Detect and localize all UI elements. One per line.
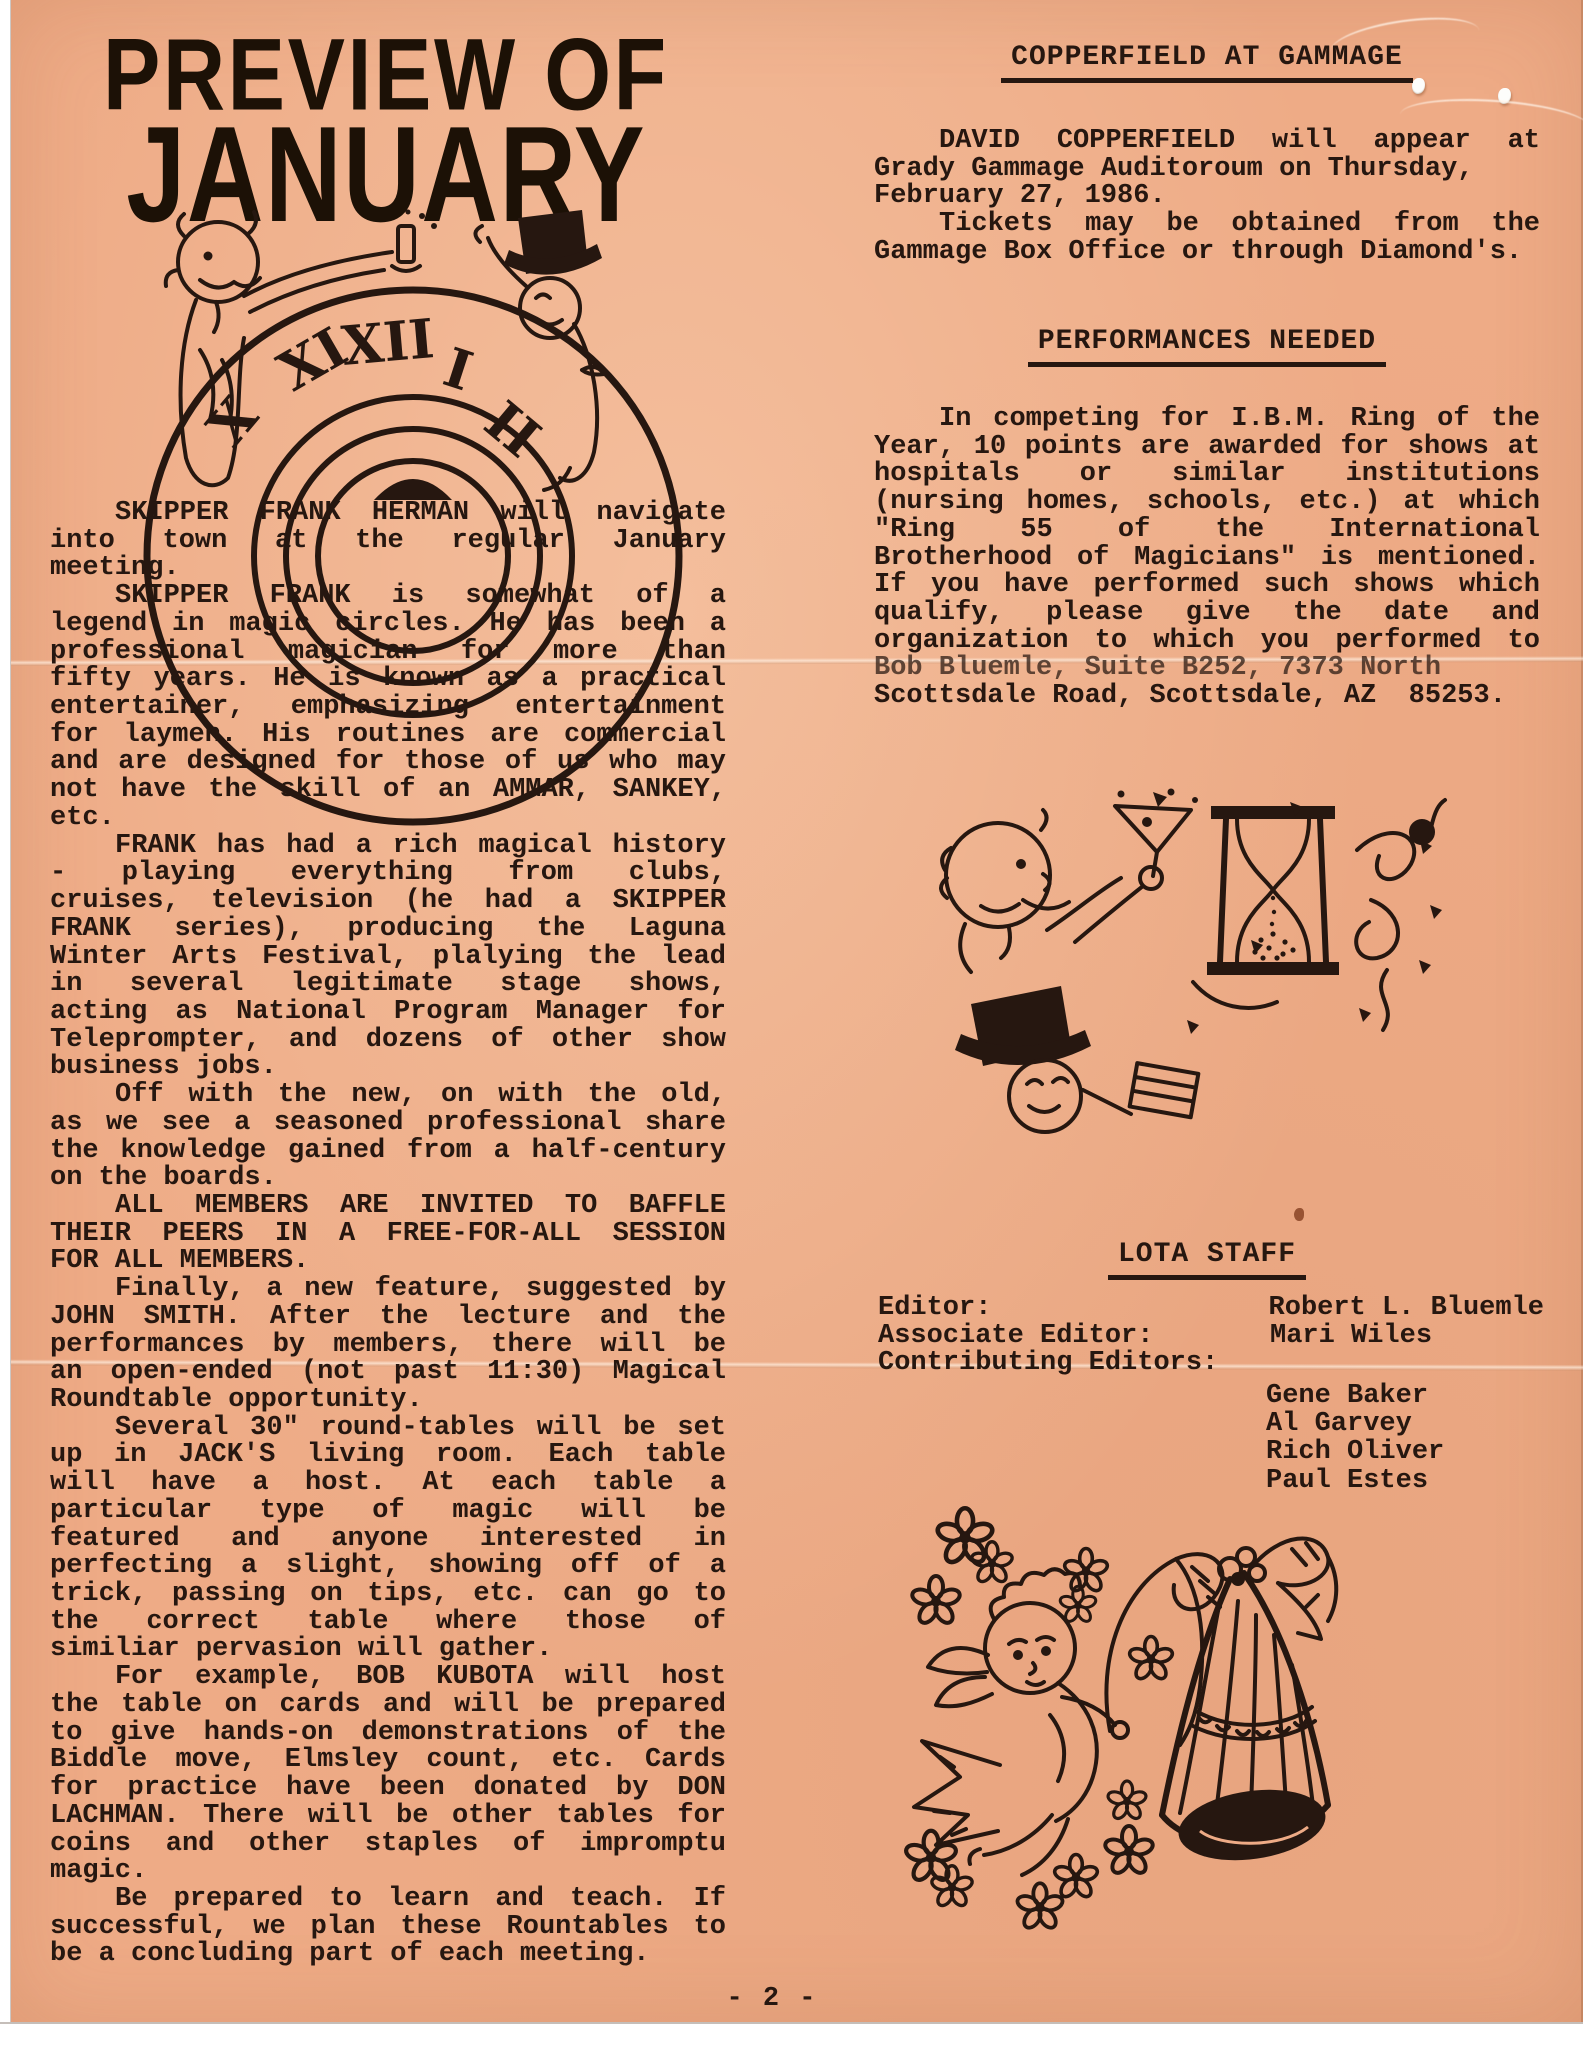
section-heading-copperfield: COPPERFIELD AT GAMMAGE bbox=[874, 42, 1540, 83]
text-line: magic. bbox=[50, 1858, 726, 1886]
text-line: - playing everything from clubs, bbox=[50, 860, 726, 888]
section-heading-lota-staff: LOTA STAFF bbox=[874, 1239, 1540, 1280]
text-line: qualify, please give the date and bbox=[874, 600, 1540, 628]
text-line: meeting. bbox=[50, 555, 726, 583]
text-line: coins and other staples of impromptu bbox=[50, 1831, 726, 1859]
baby-with-top-hat bbox=[955, 986, 1198, 1132]
text-line: Biddle move, Elmsley count, etc. Cards bbox=[50, 1747, 726, 1775]
contributing-editor-name: Rich Oliver bbox=[1266, 1438, 1444, 1466]
text-line: February 27, 1986. bbox=[874, 183, 1540, 211]
contributing-editor-name: Gene Baker bbox=[1266, 1382, 1444, 1410]
staff-person-name: Mari Wiles bbox=[1270, 1323, 1432, 1351]
clock-center-ornament bbox=[374, 479, 452, 500]
text-line: FRANK series), producing the Laguna bbox=[50, 916, 726, 944]
staff-row: Associate Editor:Mari Wiles bbox=[878, 1323, 1544, 1351]
section-heading-performances: PERFORMANCES NEEDED bbox=[874, 326, 1540, 367]
hourglass bbox=[1193, 806, 1339, 1008]
text-line: professional magician for more than bbox=[50, 639, 726, 667]
new-year-party-illustration bbox=[925, 790, 1445, 1140]
text-line: the correct table where those of bbox=[50, 1609, 726, 1637]
text-line: to give hands-on demonstrations of the bbox=[50, 1720, 726, 1748]
text-line: the table on cards and will be prepared bbox=[50, 1692, 726, 1720]
streamers bbox=[1356, 800, 1445, 1030]
toy-flag bbox=[1130, 1063, 1199, 1117]
text-line: and are designed for those of us who may bbox=[50, 749, 726, 777]
staff-person-name: Robert L. Bluemle bbox=[1269, 1295, 1544, 1323]
svg-text:XII: XII bbox=[339, 306, 437, 378]
text-line: Bob Bluemle, Suite B252, 7373 North bbox=[874, 655, 1540, 683]
text-line: not have the skill of an AMMAR, SANKEY, bbox=[50, 777, 726, 805]
copperfield-section-body: DAVID COPPERFIELD will appear atGrady Ga… bbox=[874, 128, 1540, 267]
confetti bbox=[1153, 792, 1442, 1034]
newsletter-page: PREVIEW OF JANUARY bbox=[0, 0, 1583, 2048]
text-line: cruises, television (he had a SKIPPER bbox=[50, 888, 726, 916]
text-line: JOHN SMITH. After the lecture and the bbox=[50, 1304, 726, 1332]
text-line: into town at the regular January bbox=[50, 528, 726, 556]
contributing-editors-list: Gene BakerAl GarveyRich OliverPaul Estes bbox=[1266, 1382, 1444, 1495]
cherub-and-bell-illustration bbox=[900, 1515, 1345, 1915]
text-line: fifty years. He is known as a practical bbox=[50, 666, 726, 694]
text-line: Gammage Box Office or through Diamond's. bbox=[874, 239, 1540, 267]
text-line: Tickets may be obtained from the bbox=[874, 211, 1540, 239]
text-line: If you have performed such shows which bbox=[874, 572, 1540, 600]
staff-list: Editor:Robert L. BluemleAssociate Editor… bbox=[878, 1295, 1544, 1378]
scan-edge-bottom bbox=[0, 2022, 1583, 2048]
text-line: entertainer, emphasizing entertainment bbox=[50, 694, 726, 722]
performances-section-body: In competing for I.B.M. Ring of theYear,… bbox=[874, 406, 1540, 711]
staff-row: Contributing Editors: bbox=[878, 1350, 1544, 1378]
text-line: particular type of magic will be bbox=[50, 1498, 726, 1526]
ribbon-banner bbox=[914, 1741, 1000, 1845]
text-line: Brotherhood of Magicians" is mentioned. bbox=[874, 545, 1540, 573]
text-line: will have a host. At each table a bbox=[50, 1470, 726, 1498]
champagne-glass bbox=[392, 210, 437, 272]
text-line: LACHMAN. There will be other tables for bbox=[50, 1803, 726, 1831]
text-line: Grady Gammage Auditoroum on Thursday, bbox=[874, 156, 1540, 184]
staff-role-label: Contributing Editors: bbox=[878, 1350, 1270, 1378]
staff-role-label: Associate Editor: bbox=[878, 1323, 1270, 1351]
new-year-clock-illustration: X XI XII I II bbox=[130, 200, 690, 500]
text-line: "Ring 55 of the International bbox=[874, 517, 1540, 545]
text-line: Roundtable opportunity. bbox=[50, 1387, 726, 1415]
text-line: acting as National Program Manager for bbox=[50, 999, 726, 1027]
bow-ribbon bbox=[1252, 1538, 1336, 1639]
text-line: in several legitimate stage shows, bbox=[50, 971, 726, 999]
old-year-man bbox=[941, 810, 1162, 972]
svg-text:X: X bbox=[194, 385, 270, 458]
straw-bell bbox=[1162, 1538, 1336, 1869]
contributing-editor-name: Paul Estes bbox=[1266, 1467, 1444, 1495]
text-line: hospitals or similar institutions bbox=[874, 461, 1540, 489]
text-line: For example, BOB KUBOTA will host bbox=[50, 1664, 726, 1692]
page-number: - 2 - bbox=[572, 1984, 972, 2014]
left-column-body: SKIPPER FRANK HERMAN will navigateinto t… bbox=[50, 500, 726, 1969]
text-line: FRANK has had a rich magical history bbox=[50, 833, 726, 861]
svg-text:I: I bbox=[436, 335, 480, 404]
text-line: Off with the new, on with the old, bbox=[50, 1082, 726, 1110]
text-line: trick, passing on tips, etc. can go to bbox=[50, 1581, 726, 1609]
staff-role-label: Editor: bbox=[878, 1295, 1269, 1323]
contributing-editor-name: Al Garvey bbox=[1266, 1410, 1444, 1438]
text-line: business jobs. bbox=[50, 1054, 726, 1082]
text-line: similiar pervasion will gather. bbox=[50, 1636, 726, 1664]
text-line: DAVID COPPERFIELD will appear at bbox=[874, 128, 1540, 156]
text-line: for practice have been donated by DON bbox=[50, 1775, 726, 1803]
text-line: for laymen. His routines are commercial bbox=[50, 722, 726, 750]
text-line: Finally, a new feature, suggested by bbox=[50, 1276, 726, 1304]
text-line: performances by members, there will be bbox=[50, 1332, 726, 1360]
text-line: featured and anyone interested in bbox=[50, 1526, 726, 1554]
text-line: perfecting a slight, showing off of a bbox=[50, 1553, 726, 1581]
text-line: the knowledge gained from a half-century bbox=[50, 1138, 726, 1166]
scan-edge-left bbox=[0, 0, 11, 2048]
text-line: etc. bbox=[50, 805, 726, 833]
text-line: In competing for I.B.M. Ring of the bbox=[874, 406, 1540, 434]
text-line: Scottsdale Road, Scottsdale, AZ 85253. bbox=[874, 683, 1540, 711]
text-line: an open-ended (not past 11:30) Magical bbox=[50, 1359, 726, 1387]
text-line: as we see a seasoned professional share bbox=[50, 1110, 726, 1138]
bell-top-flowers bbox=[1219, 1548, 1265, 1584]
text-line: Teleprompter, and dozens of other show bbox=[50, 1027, 726, 1055]
text-line: FOR ALL MEMBERS. bbox=[50, 1248, 726, 1276]
staff-row: Editor:Robert L. Bluemle bbox=[878, 1295, 1544, 1323]
cherub bbox=[928, 1569, 1128, 1875]
text-line: ALL MEMBERS ARE INVITED TO BAFFLE bbox=[50, 1193, 726, 1221]
text-line: Several 30" round-tables will be set bbox=[50, 1415, 726, 1443]
text-line: legend in magic circles. He has been a bbox=[50, 611, 726, 639]
clock-roman-numerals: X XI XII I II bbox=[194, 306, 552, 470]
text-line: Be prepared to learn and teach. If bbox=[50, 1886, 726, 1914]
text-line: Winter Arts Festival, plalying the lead bbox=[50, 944, 726, 972]
text-line: (nursing homes, schools, etc.) at which bbox=[874, 489, 1540, 517]
text-line: organization to which you performed to bbox=[874, 628, 1540, 656]
text-line: SKIPPER FRANK is somewhat of a bbox=[50, 583, 726, 611]
text-line: on the boards. bbox=[50, 1165, 726, 1193]
paper-fleck bbox=[1294, 1208, 1304, 1221]
text-line: up in JACK'S living room. Each table bbox=[50, 1442, 726, 1470]
text-line: be a concluding part of each meeting. bbox=[50, 1941, 726, 1969]
text-line: Year, 10 points are awarded for shows at bbox=[874, 434, 1540, 462]
text-line: successful, we plan these Rountables to bbox=[50, 1914, 726, 1942]
text-line: THEIR PEERS IN A FREE-FOR-ALL SESSION bbox=[50, 1221, 726, 1249]
text-line: SKIPPER FRANK HERMAN will navigate bbox=[50, 500, 726, 528]
